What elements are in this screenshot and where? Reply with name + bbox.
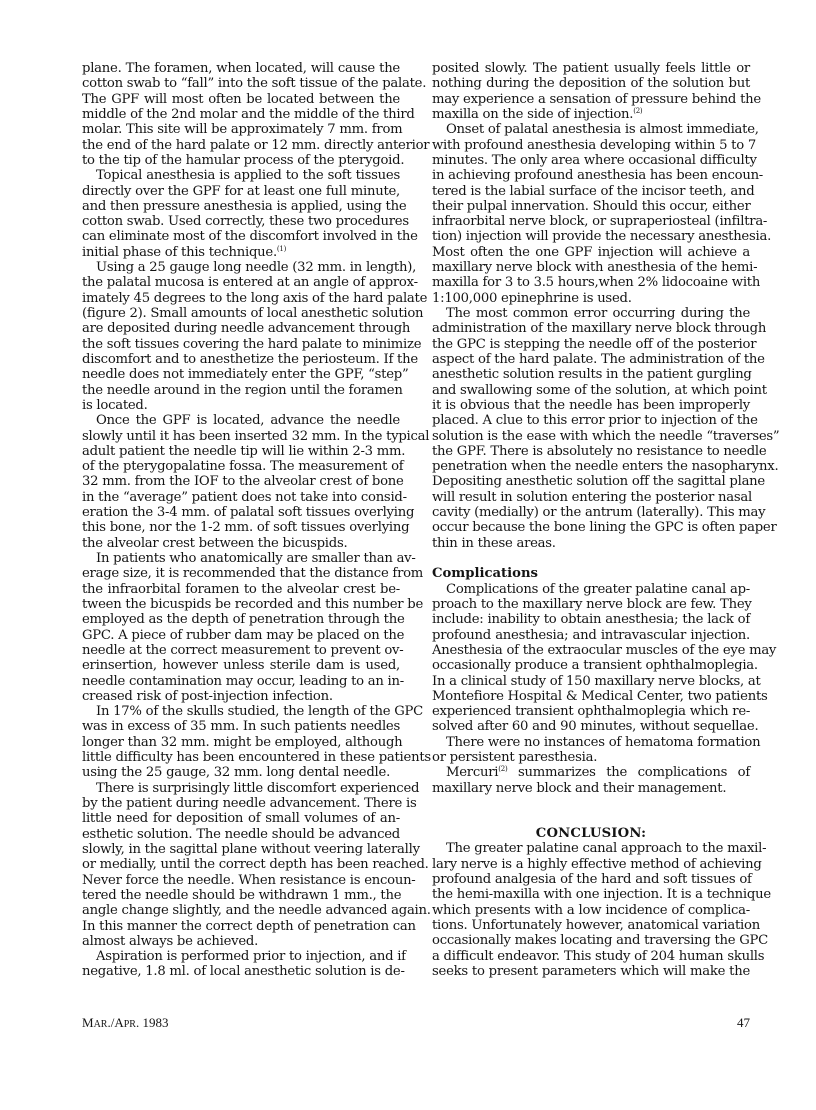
text-line: solution is the ease with which the need…: [432, 429, 750, 444]
text-line: directly over the GPF for at least one f…: [82, 184, 400, 199]
line-text: The most common error occurring during t…: [446, 306, 750, 321]
line-text: their pulpal innervation. Should this oc…: [432, 199, 751, 214]
text-line: using the 25 gauge, 32 mm. long dental n…: [82, 765, 400, 780]
text-line: tered is the labial surface of the incis…: [432, 184, 750, 199]
text-line: Using a 25 gauge long needle (32 mm. in …: [82, 260, 400, 275]
line-text: Aspiration is performed prior to injecti…: [96, 949, 406, 964]
text-line: the infraorbital foramen to the alveolar…: [82, 582, 400, 597]
line-text: Topical anesthesia is applied to the sof…: [96, 168, 400, 183]
text-line: occasionally produce a transient ophthal…: [432, 658, 750, 673]
line-text: penetration when the needle enters the n…: [432, 459, 778, 474]
line-text: may experience a sensation of pressure b…: [432, 92, 761, 107]
text-line: to the tip of the hamular process of the…: [82, 153, 400, 168]
line-text: There were no instances of hematoma form…: [446, 735, 760, 750]
text-line: little need for deposition of small volu…: [82, 811, 400, 826]
line-text: lary nerve is a highly effective method …: [432, 857, 762, 872]
line-text: Onset of palatal anesthesia is almost im…: [446, 122, 759, 137]
text-line: minutes. The only area where occasional …: [432, 153, 750, 168]
text-line: the end of the hard palate or 12 mm. dir…: [82, 138, 400, 153]
line-text: thin in these areas.: [432, 536, 556, 551]
text-line: it is obvious that the needle has been i…: [432, 398, 750, 413]
line-text: the GPC is stepping the needle off of th…: [432, 337, 756, 352]
text-line: Aspiration is performed prior to injecti…: [82, 949, 400, 964]
spacer: [432, 796, 750, 826]
text-line: by the patient during needle advancement…: [82, 796, 400, 811]
text-line: adult patient the needle tip will lie wi…: [82, 444, 400, 459]
text-line: cotton swab. Used correctly, these two p…: [82, 214, 400, 229]
complications-heading: Complications: [432, 566, 750, 581]
line-text: are deposited during needle advancement …: [82, 321, 410, 336]
journal-issue-date: MAR./APR. 1983: [82, 1015, 168, 1031]
line-text: experienced transient ophthalmoplegia wh…: [432, 704, 750, 719]
text-line: infraorbital nerve block, or supraperios…: [432, 214, 750, 229]
text-line: imately 45 degrees to the long axis of t…: [82, 291, 400, 306]
text-line: are deposited during needle advancement …: [82, 321, 400, 336]
line-text: cavity (medially) or the antrum (lateral…: [432, 505, 765, 520]
line-text: Once the GPF is located, advance the nee…: [96, 413, 400, 428]
text-line: will result in solution entering the pos…: [432, 490, 750, 505]
line-text: needle does not immediately enter the GP…: [82, 367, 408, 382]
text-line: tered the needle should be withdrawn 1 m…: [82, 888, 400, 903]
text-line: There were no instances of hematoma form…: [432, 735, 750, 750]
text-line: needle at the correct measurement to pre…: [82, 643, 400, 658]
text-line: is located.: [82, 398, 400, 413]
line-text: In a clinical study of 150 maxillary ner…: [432, 674, 761, 689]
line-text: middle of the 2nd molar and the middle o…: [82, 107, 415, 122]
line-text: and swallowing some of the solution, at …: [432, 383, 767, 398]
text-line: tion) injection will provide the necessa…: [432, 229, 750, 244]
text-line: middle of the 2nd molar and the middle o…: [82, 107, 400, 122]
text-line: maxillary nerve block with anesthesia of…: [432, 260, 750, 275]
text-line: Never force the needle. When resistance …: [82, 873, 400, 888]
line-text: is located.: [82, 398, 148, 413]
line-text: summarizes the complications of: [507, 765, 750, 780]
line-text: (figure 2). Small amounts of local anest…: [82, 306, 423, 321]
line-text: or persistent paresthesia.: [432, 750, 597, 765]
text-line: experienced transient ophthalmoplegia wh…: [432, 704, 750, 719]
text-line: 1:100,000 epinephrine is used.: [432, 291, 750, 306]
line-text: Complications of the greater palatine ca…: [446, 582, 750, 597]
text-line: a difficult endeavor. This study of 204 …: [432, 949, 750, 964]
text-line: In this manner the correct depth of pene…: [82, 919, 400, 934]
line-text: profound analgesia of the hard and soft …: [432, 872, 752, 887]
line-text: or medially, until the correct depth has…: [82, 857, 429, 872]
line-text: and then pressure anesthesia is applied,…: [82, 199, 406, 214]
line-text: maxilla for 3 to 3.5 hours,when 2% lidoc…: [432, 275, 760, 290]
line-text: occasionally produce a transient ophthal…: [432, 658, 758, 673]
line-text: the hemi-maxilla with one injection. It …: [432, 887, 771, 902]
line-text: this bone, nor the 1-2 mm. of soft tissu…: [82, 520, 409, 535]
text-line: may experience a sensation of pressure b…: [432, 92, 750, 107]
citation-reference: (2): [633, 107, 642, 115]
text-line: and swallowing some of the solution, at …: [432, 383, 750, 398]
text-line: the palatal mucosa is entered at an angl…: [82, 275, 400, 290]
line-text: Anesthesia of the extraocular muscles of…: [432, 643, 776, 658]
line-text: slowly, in the sagittal plane without ve…: [82, 842, 420, 857]
text-line: aspect of the hard palate. The administr…: [432, 352, 750, 367]
line-text: In 17% of the skulls studied, the length…: [96, 704, 423, 719]
line-text: cotton swab. Used correctly, these two p…: [82, 214, 409, 229]
text-line: In patients who anatomically are smaller…: [82, 551, 400, 566]
line-text: the palatal mucosa is entered at an angl…: [82, 275, 418, 290]
line-text: There is surprisingly little discomfort …: [96, 781, 419, 796]
text-line: can eliminate most of the discomfort inv…: [82, 229, 400, 244]
text-line: negative, 1.8 ml. of local anesthetic so…: [82, 964, 400, 979]
line-text: Montefiore Hospital & Medical Center, tw…: [432, 689, 768, 704]
line-text: negative, 1.8 ml. of local anesthetic so…: [82, 964, 405, 979]
line-text: In patients who anatomically are smaller…: [96, 551, 416, 566]
text-line: which presents with a low incidence of c…: [432, 903, 750, 918]
line-text: molar. This site will be approximately 7…: [82, 122, 402, 137]
text-line: solved after 60 and 90 minutes, without …: [432, 719, 750, 734]
text-line: occasionally makes locating and traversi…: [432, 933, 750, 948]
text-line: administration of the maxillary nerve bl…: [432, 321, 750, 336]
line-text: longer than 32 mm. might be employed, al…: [82, 735, 402, 750]
line-text: erinsertion, however unless sterile dam …: [82, 658, 400, 673]
line-text: Mercuri: [446, 765, 498, 780]
text-line: (figure 2). Small amounts of local anest…: [82, 306, 400, 321]
line-text: the infraorbital foramen to the alveolar…: [82, 582, 400, 597]
line-text: plane. The foramen, when located, will c…: [82, 61, 400, 76]
text-line: slowly until it has been inserted 32 mm.…: [82, 429, 400, 444]
text-line: Anesthesia of the extraocular muscles of…: [432, 643, 750, 658]
text-line: and then pressure anesthesia is applied,…: [82, 199, 400, 214]
text-line: or medially, until the correct depth has…: [82, 857, 400, 872]
line-text: In this manner the correct depth of pene…: [82, 919, 416, 934]
text-line: The GPF will most often be located betwe…: [82, 92, 400, 107]
line-text: 32 mm. from the IOF to the alveolar cres…: [82, 474, 404, 489]
line-text: in achieving profound anesthesia has bee…: [432, 168, 763, 183]
line-text: anesthetic solution results in the patie…: [432, 367, 752, 382]
text-line: maxillary nerve block and their manageme…: [432, 781, 750, 796]
line-text: little need for deposition of small volu…: [82, 811, 400, 826]
text-line: Mercuri(2) summarizes the complications …: [432, 765, 750, 780]
text-line: employed as the depth of penetration thr…: [82, 612, 400, 627]
text-line: eration the 3-4 mm. of palatal soft tiss…: [82, 505, 400, 520]
text-line: slowly, in the sagittal plane without ve…: [82, 842, 400, 857]
left-column: plane. The foramen, when located, will c…: [82, 61, 400, 980]
line-text: include: inability to obtain anesthesia;…: [432, 612, 750, 627]
line-text: slowly until it has been inserted 32 mm.…: [82, 429, 429, 444]
conclusion-heading: CONCLUSION:: [432, 826, 750, 841]
text-line: In a clinical study of 150 maxillary ner…: [432, 674, 750, 689]
right-paragraphs-injection-onset-errors: posited slowly. The patient usually feel…: [432, 61, 750, 551]
line-text: nothing during the deposition of the sol…: [432, 76, 750, 91]
text-line: in achieving profound anesthesia has bee…: [432, 168, 750, 183]
line-text: in the “average” patient does not take i…: [82, 490, 407, 505]
line-text: tered is the labial surface of the incis…: [432, 184, 754, 199]
line-text: will result in solution entering the pos…: [432, 490, 752, 505]
text-line: 32 mm. from the IOF to the alveolar cres…: [82, 474, 400, 489]
text-line: little difficulty has been encountered i…: [82, 750, 400, 765]
line-text: occasionally makes locating and traversi…: [432, 933, 768, 948]
line-text: the end of the hard palate or 12 mm. dir…: [82, 138, 429, 153]
line-text: angle change slightly, and the needle ad…: [82, 903, 431, 918]
line-text: creased risk of post-injection infection…: [82, 689, 333, 704]
text-line: lary nerve is a highly effective method …: [432, 857, 750, 872]
line-text: The GPF will most often be located betwe…: [82, 92, 400, 107]
line-text: which presents with a low incidence of c…: [432, 903, 750, 918]
line-text: aspect of the hard palate. The administr…: [432, 352, 765, 367]
text-line: anesthetic solution results in the patie…: [432, 367, 750, 382]
line-text: administration of the maxillary nerve bl…: [432, 321, 766, 336]
line-text: maxillary nerve block with anesthesia of…: [432, 260, 757, 275]
line-text: needle contamination may occur, leading …: [82, 674, 404, 689]
page-number: 47: [737, 1015, 750, 1031]
line-text: maxillary nerve block and their manageme…: [432, 781, 726, 796]
line-text: Never force the needle. When resistance …: [82, 873, 416, 888]
text-line: erinsertion, however unless sterile dam …: [82, 658, 400, 673]
text-line: with profound anesthesia developing with…: [432, 138, 750, 153]
line-text: infraorbital nerve block, or supraperios…: [432, 214, 767, 229]
line-text: using the 25 gauge, 32 mm. long dental n…: [82, 765, 390, 780]
text-line: Depositing anesthetic solution off the s…: [432, 474, 750, 489]
line-text: solved after 60 and 90 minutes, without …: [432, 719, 758, 734]
text-line: penetration when the needle enters the n…: [432, 459, 750, 474]
line-text: of the pterygopalatine fossa. The measur…: [82, 459, 403, 474]
text-line: nothing during the deposition of the sol…: [432, 76, 750, 91]
line-text: employed as the depth of penetration thr…: [82, 612, 405, 627]
line-text: the GPF. There is absolutely no resistan…: [432, 444, 766, 459]
text-line: in the “average” patient does not take i…: [82, 490, 400, 505]
text-line: molar. This site will be approximately 7…: [82, 122, 400, 137]
line-text: with profound anesthesia developing with…: [432, 138, 756, 153]
text-line: the soft tissues covering the hard palat…: [82, 337, 400, 352]
text-line: GPC. A piece of rubber dam may be placed…: [82, 628, 400, 643]
line-text: occur because the bone lining the GPC is…: [432, 520, 777, 535]
text-line: erage size, it is recommended that the d…: [82, 566, 400, 581]
conclusion-paragraph: The greater palatine canal approach to t…: [432, 841, 750, 979]
text-line: cavity (medially) or the antrum (lateral…: [432, 505, 750, 520]
line-text: discomfort and to anesthetize the perios…: [82, 352, 418, 367]
line-text: tion) injection will provide the necessa…: [432, 229, 771, 244]
text-line: The most common error occurring during t…: [432, 306, 750, 321]
text-line: Once the GPF is located, advance the nee…: [82, 413, 400, 428]
text-line: initial phase of this technique.(1): [82, 245, 400, 260]
line-text: a difficult endeavor. This study of 204 …: [432, 949, 764, 964]
line-text: solution is the ease with which the need…: [432, 429, 779, 444]
text-line: Topical anesthesia is applied to the sof…: [82, 168, 400, 183]
line-text: little difficulty has been encountered i…: [82, 750, 431, 765]
text-line: almost always be achieved.: [82, 934, 400, 949]
text-line: esthetic solution. The needle should be …: [82, 827, 400, 842]
text-line: Montefiore Hospital & Medical Center, tw…: [432, 689, 750, 704]
text-line: needle contamination may occur, leading …: [82, 674, 400, 689]
line-text: Depositing anesthetic solution off the s…: [432, 474, 765, 489]
text-line: their pulpal innervation. Should this oc…: [432, 199, 750, 214]
line-text: posited slowly. The patient usually feel…: [432, 61, 750, 76]
line-text: by the patient during needle advancement…: [82, 796, 417, 811]
text-line: or persistent paresthesia.: [432, 750, 750, 765]
line-text: directly over the GPF for at least one f…: [82, 184, 400, 199]
text-line: tween the bicuspids be recorded and this…: [82, 597, 400, 612]
line-text: the needle around in the region until th…: [82, 383, 403, 398]
citation-reference: (1): [277, 245, 286, 253]
text-line: Onset of palatal anesthesia is almost im…: [432, 122, 750, 137]
text-line: Complications of the greater palatine ca…: [432, 582, 750, 597]
line-text: the alveolar crest between the bicuspids…: [82, 536, 347, 551]
text-line: the GPF. There is absolutely no resistan…: [432, 444, 750, 459]
line-text: maxilla on the side of injection.: [432, 107, 633, 122]
line-text: The greater palatine canal approach to t…: [446, 841, 766, 856]
text-line: In 17% of the skulls studied, the length…: [82, 704, 400, 719]
right-column: posited slowly. The patient usually feel…: [432, 61, 750, 979]
line-text: GPC. A piece of rubber dam may be placed…: [82, 628, 404, 643]
line-text: can eliminate most of the discomfort inv…: [82, 229, 418, 244]
line-text: it is obvious that the needle has been i…: [432, 398, 750, 413]
line-text: Using a 25 gauge long needle (32 mm. in …: [96, 260, 416, 275]
line-text: almost always be achieved.: [82, 934, 258, 949]
text-line: the hemi-maxilla with one injection. It …: [432, 887, 750, 902]
line-text: to the tip of the hamular process of the…: [82, 153, 404, 168]
text-line: plane. The foramen, when located, will c…: [82, 61, 400, 76]
text-line: needle does not immediately enter the GP…: [82, 367, 400, 382]
text-line: thin in these areas.: [432, 536, 750, 551]
line-text: profound anesthesia; and intravascular i…: [432, 628, 750, 643]
line-text: eration the 3-4 mm. of palatal soft tiss…: [82, 505, 414, 520]
text-line: angle change slightly, and the needle ad…: [82, 903, 400, 918]
line-text: seeks to present parameters which will m…: [432, 964, 750, 979]
text-line: include: inability to obtain anesthesia;…: [432, 612, 750, 627]
text-line: this bone, nor the 1-2 mm. of soft tissu…: [82, 520, 400, 535]
line-text: 1:100,000 epinephrine is used.: [432, 291, 632, 306]
line-text: initial phase of this technique.: [82, 245, 277, 260]
text-line: tions. Unfortunately however, anatomical…: [432, 918, 750, 933]
text-line: cotton swab to “fall” into the soft tiss…: [82, 76, 400, 91]
line-text: Most often the one GPF injection will ac…: [432, 245, 750, 260]
text-line: maxilla for 3 to 3.5 hours,when 2% lidoc…: [432, 275, 750, 290]
line-text: imately 45 degrees to the long axis of t…: [82, 291, 427, 306]
text-line: profound analgesia of the hard and soft …: [432, 872, 750, 887]
line-text: esthetic solution. The needle should be …: [82, 827, 400, 842]
line-text: tered the needle should be withdrawn 1 m…: [82, 888, 401, 903]
line-text: cotton swab to “fall” into the soft tiss…: [82, 76, 426, 91]
line-text: proach to the maxillary nerve block are …: [432, 597, 752, 612]
text-line: maxilla on the side of injection.(2): [432, 107, 750, 122]
text-line: was in excess of 35 mm. In such patients…: [82, 719, 400, 734]
text-line: profound anesthesia; and intravascular i…: [432, 628, 750, 643]
line-text: adult patient the needle tip will lie wi…: [82, 444, 405, 459]
complications-paragraphs: Complications of the greater palatine ca…: [432, 582, 750, 796]
text-line: occur because the bone lining the GPC is…: [432, 520, 750, 535]
line-text: placed. A clue to this error prior to in…: [432, 413, 758, 428]
spacer: [432, 551, 750, 566]
line-text: tween the bicuspids be recorded and this…: [82, 597, 423, 612]
line-text: needle at the correct measurement to pre…: [82, 643, 403, 658]
text-line: the GPC is stepping the needle off of th…: [432, 337, 750, 352]
line-text: the soft tissues covering the hard palat…: [82, 337, 421, 352]
text-line: The greater palatine canal approach to t…: [432, 841, 750, 856]
text-line: placed. A clue to this error prior to in…: [432, 413, 750, 428]
text-line: the needle around in the region until th…: [82, 383, 400, 398]
text-line: proach to the maxillary nerve block are …: [432, 597, 750, 612]
line-text: erage size, it is recommended that the d…: [82, 566, 423, 581]
text-line: longer than 32 mm. might be employed, al…: [82, 735, 400, 750]
text-line: the alveolar crest between the bicuspids…: [82, 536, 400, 551]
line-text: minutes. The only area where occasional …: [432, 153, 757, 168]
text-line: of the pterygopalatine fossa. The measur…: [82, 459, 400, 474]
text-line: creased risk of post-injection infection…: [82, 689, 400, 704]
text-line: posited slowly. The patient usually feel…: [432, 61, 750, 76]
line-text: was in excess of 35 mm. In such patients…: [82, 719, 400, 734]
text-line: seeks to present parameters which will m…: [432, 964, 750, 979]
text-line: Most often the one GPF injection will ac…: [432, 245, 750, 260]
text-line: There is surprisingly little discomfort …: [82, 781, 400, 796]
line-text: tions. Unfortunately however, anatomical…: [432, 918, 760, 933]
text-line: discomfort and to anesthetize the perios…: [82, 352, 400, 367]
